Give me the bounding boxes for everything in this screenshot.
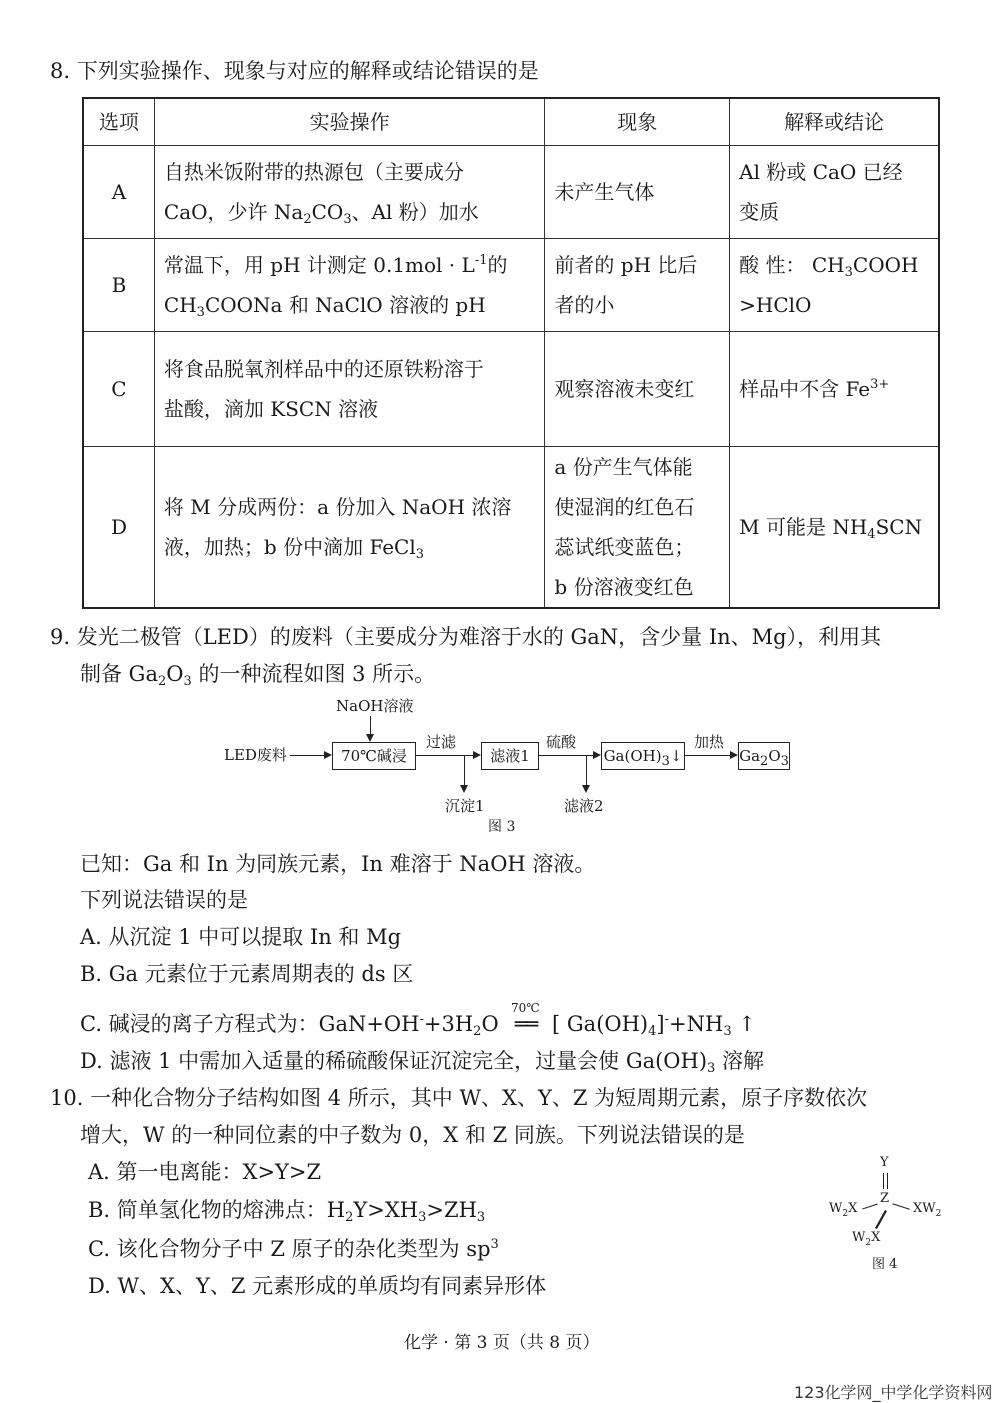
conclusion-cell: M 可能是 NH4SCN <box>730 447 939 609</box>
flow-step-filter: 过滤 <box>426 733 456 751</box>
page-footer: 化学 · 第 3 页（共 8 页） <box>404 1328 599 1353</box>
operation-cell: 将食品脱氧剂样品中的还原铁粉溶于 盐酸，滴加 KSCN 溶液 <box>154 332 544 447</box>
q10-stem-line1: 10. 一种化合物分子结构如图 4 所示，其中 W、X、Y、Z 为短周期元素，原… <box>50 1084 867 1112</box>
q10-option-a: A. 第一电离能：X>Y>Z <box>88 1158 321 1186</box>
watermark: 123化学网_中学化学资料网 <box>794 1380 992 1403</box>
flow-arrow-line <box>586 755 587 787</box>
phenomenon-cell: 观察溶液未变红 <box>545 332 730 447</box>
phenomenon-cell: 前者的 pH 比后 者的小 <box>545 239 730 332</box>
arrow-right-icon <box>730 751 738 759</box>
group-left: W2X <box>829 1201 857 1216</box>
arrow-right-icon <box>473 751 481 759</box>
header-option: 选项 <box>83 98 154 146</box>
header-conclusion: 解释或结论 <box>730 98 939 146</box>
q9-option-a: A. 从沉淀 1 中可以提取 In 和 Mg <box>80 923 401 951</box>
table-row: A 自热米饭附带的热源包（主要成分 CaO，少许 Na2CO3、Al 粉）加水 … <box>83 146 939 239</box>
q8-table: 选项 实验操作 现象 解释或结论 A 自热米饭附带的热源包（主要成分 CaO，少… <box>82 97 940 609</box>
q8-stem: 8. 下列实验操作、现象与对应的解释或结论错误的是 <box>50 57 539 85</box>
double-bond <box>883 1173 884 1189</box>
single-bond <box>892 1203 909 1210</box>
group-right: XW2 <box>913 1201 941 1216</box>
table-row: C 将食品脱氧剂样品中的还原铁粉溶于 盐酸，滴加 KSCN 溶液 观察溶液未变红… <box>83 332 939 447</box>
flow-box-alkali-leach: 70℃碱浸 <box>332 742 416 770</box>
phenomenon-cell: a 份产生气体能 使湿润的红色石 蕊试纸变蓝色； b 份溶液变红色 <box>545 447 730 609</box>
q9-stem-line2: 制备 Ga2O3 的一种流程如图 3 所示。 <box>80 660 435 688</box>
q9-stem-line1: 9. 发光二极管（LED）的废料（主要成分为难溶于水的 GaN，含少量 In、M… <box>50 623 881 651</box>
flow-arrow-line <box>370 716 371 736</box>
atom-z-center: Z <box>880 1191 889 1206</box>
q10-option-b: B. 简单氢化物的熔沸点：H2Y>XH3>ZH3 <box>88 1196 485 1224</box>
flow-box-filtrate1: 滤液1 <box>481 742 539 770</box>
flow-input-led: LED废料 <box>224 746 287 764</box>
atom-y-top: Y <box>880 1155 889 1170</box>
table-row: D 将 M 分成两份：a 份加入 NaOH 浓溶 液，加热；b 份中滴加 FeC… <box>83 447 939 609</box>
flow-arrow-line <box>464 755 465 787</box>
flow-box-ga2o3: Ga2O3 <box>738 742 790 770</box>
option-label: A <box>83 146 154 239</box>
table-header-row: 选项 实验操作 现象 解释或结论 <box>83 98 939 146</box>
option-label: B <box>83 239 154 332</box>
flow-arrow-line <box>538 755 593 756</box>
arrow-down-icon <box>460 785 468 793</box>
q10-stem-line2: 增大，W 的一种同位素的中子数为 0，X 和 Z 同族。下列说法错误的是 <box>80 1121 745 1149</box>
wedge-bond-icon <box>872 1210 888 1230</box>
flow-side-filtrate2: 滤液2 <box>564 797 604 815</box>
flow-arrow-line <box>684 755 730 756</box>
arrow-down-icon <box>366 734 374 742</box>
flow-box-gaoh3: Ga(OH)3↓ <box>601 742 685 770</box>
single-bond <box>862 1204 878 1210</box>
equation-condition: 70℃ ══ <box>505 1010 545 1038</box>
q9-option-c: C. 碱浸的离子方程式为：GaN+OH-+3H2O 70℃ ══ [ Ga(OH… <box>80 1010 756 1038</box>
figure-4-caption: 图 4 <box>872 1253 897 1272</box>
option-label: C <box>83 332 154 447</box>
option-label: D <box>83 447 154 609</box>
q9-option-d: D. 滤液 1 中需加入适量的稀硫酸保证沉淀完全，过量会使 Ga(OH)3 溶解 <box>80 1047 764 1075</box>
phenomenon-cell: 未产生气体 <box>545 146 730 239</box>
figure-3-caption: 图 3 <box>488 818 515 836</box>
operation-cell: 常温下，用 pH 计测定 0.1mol · L-1的 CH3COONa 和 Na… <box>154 239 544 332</box>
header-operation: 实验操作 <box>154 98 544 146</box>
operation-cell: 将 M 分成两份：a 份加入 NaOH 浓溶 液，加热；b 份中滴加 FeCl3 <box>154 447 544 609</box>
arrow-down-icon <box>582 785 590 793</box>
double-bond <box>887 1173 888 1189</box>
flow-side-precipitate1: 沉淀1 <box>445 797 485 815</box>
conclusion-cell: Al 粉或 CaO 已经 变质 <box>730 146 939 239</box>
arrow-right-icon <box>324 751 332 759</box>
q10-option-d: D. W、X、Y、Z 元素形成的单质均有同素异形体 <box>88 1272 546 1300</box>
q9-known: 已知：Ga 和 In 为同族元素，In 难溶于 NaOH 溶液。 <box>80 850 595 878</box>
arrow-right-icon <box>593 751 601 759</box>
flow-arrow-line <box>290 755 324 756</box>
q10-option-c: C. 该化合物分子中 Z 原子的杂化类型为 sp3 <box>88 1235 499 1263</box>
table-row: B 常温下，用 pH 计测定 0.1mol · L-1的 CH3COONa 和 … <box>83 239 939 332</box>
q9-ask: 下列说法错误的是 <box>80 886 248 914</box>
conclusion-cell: 酸 性： CH3COOH >HClO <box>730 239 939 332</box>
group-bottom: W2X <box>852 1230 880 1245</box>
conclusion-cell: 样品中不含 Fe3+ <box>730 332 939 447</box>
flow-step-sulfuric-acid: 硫酸 <box>546 733 576 751</box>
flow-step-heat: 加热 <box>694 733 724 751</box>
operation-cell: 自热米饭附带的热源包（主要成分 CaO，少许 Na2CO3、Al 粉）加水 <box>154 146 544 239</box>
flow-reagent-naoh: NaOH溶液 <box>336 697 413 715</box>
header-phenomenon: 现象 <box>545 98 730 146</box>
q9-option-b: B. Ga 元素位于元素周期表的 ds 区 <box>80 960 413 988</box>
